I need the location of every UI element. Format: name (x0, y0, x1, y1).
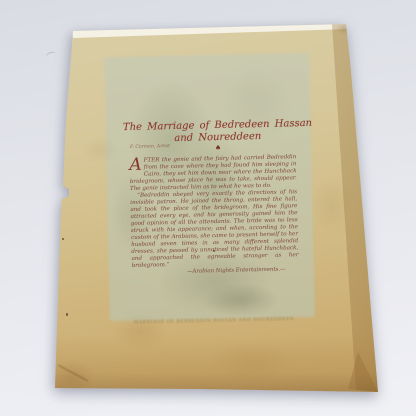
paper-speck (62, 238, 64, 240)
paper-speck (213, 250, 215, 252)
paper-speck (66, 313, 68, 316)
paper-page: MARRIAGE OF BEDREDDIN HASSAN AND NOUREDD… (0, 0, 416, 416)
foxing-stains (0, 0, 416, 416)
paper-page-shadow-wrap: MARRIAGE OF BEDREDDIN HASSAN AND NOUREDD… (0, 0, 416, 416)
photo-backdrop: MARRIAGE OF BEDREDDIN HASSAN AND NOUREDD… (0, 0, 416, 416)
